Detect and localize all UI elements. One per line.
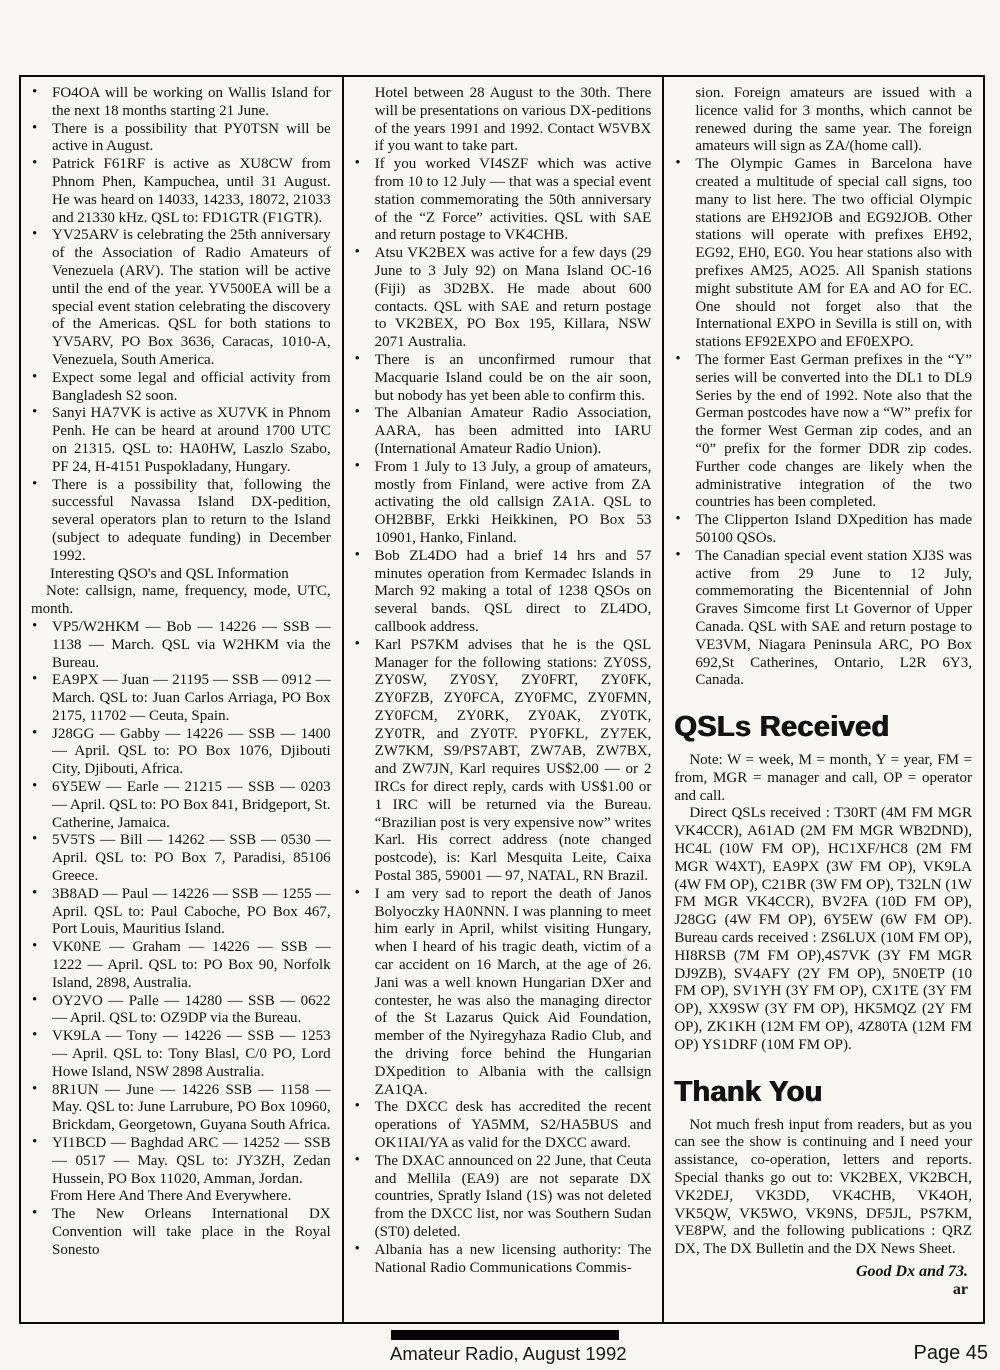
bullet-icon: • [32,938,37,956]
bullet-icon: • [32,992,37,1010]
bullet-icon: • [355,1098,360,1116]
bullet-text: FO4OA will be working on Wallis Island f… [52,85,331,119]
text-block: Note: W = week, M = month, Y = year, FM … [674,752,972,805]
bullet-text: J28GG — Gabby — 14226 — SSB — 1400 — Apr… [52,726,331,778]
bullet-text: The DXAC announced on 22 June, that Ceut… [375,1153,652,1240]
bullet-text: There is a possibility that PY0TSN will … [52,121,331,155]
bullet-item: •There is a possibility that PY0TSN will… [31,121,331,157]
bullet-icon: • [32,618,37,636]
bullet-icon: • [355,547,360,565]
section-heading: Thank You [674,1076,972,1108]
bullet-text: If you worked VI4SZF which was active fr… [375,156,652,243]
bullet-text: 3B8AD — Paul — 14226 — SSB — 1255 — Apri… [52,886,331,938]
bullet-icon: • [675,547,680,565]
column-3: sion. Foreign amateurs are issued with a… [662,77,983,1322]
bullet-text: Bob ZL4DO had a brief 14 hrs and 57 minu… [375,548,652,635]
bullet-text: The Albanian Amateur Radio Association, … [375,405,652,457]
text-block: Interesting QSO's and QSL Information [31,566,331,584]
bullet-item: •The Albanian Amateur Radio Association,… [354,405,652,458]
bullet-icon: • [32,404,37,422]
bullet-text: The Canadian special event station XJ3S … [695,548,972,689]
bullet-icon: • [32,831,37,849]
bullet-text: The Clipperton Island DXpedition has mad… [695,512,972,546]
bullet-item: •8R1UN — June — 14226 SSB — 1158 — May. … [31,1082,331,1135]
bullet-text: The former East German prefixes in the “… [695,352,972,510]
bullet-text: Patrick F61RF is active as XU8CW from Ph… [52,156,331,225]
bullet-item: •I am very sad to report the death of Ja… [354,886,652,1100]
bullet-icon: • [32,1205,37,1223]
bullet-item: •3B8AD — Paul — 14226 — SSB — 1255 — Apr… [31,886,331,939]
bullet-item: •YV25ARV is celebrating the 25th anniver… [31,227,331,369]
bullet-item: •The former East German prefixes in the … [674,352,972,512]
journal-title: Amateur Radio, August 1992 [390,1343,620,1365]
bullet-icon: • [355,636,360,654]
page-footer: Amateur Radio, August 1992 Page 45 [0,1328,1000,1370]
bullet-icon: • [675,351,680,369]
bullet-item: •The New Orleans International DX Conven… [31,1206,331,1259]
bullet-text: From 1 July to 13 July, a group of amate… [375,459,652,546]
bullet-icon: • [355,1152,360,1170]
bullet-icon: • [32,476,37,494]
bullet-item: •5V5TS — Bill — 14262 — SSB — 0530 — Apr… [31,832,331,885]
bullet-text: YV25ARV is celebrating the 25th annivers… [52,227,331,368]
article-body: •FO4OA will be working on Wallis Island … [19,75,985,1324]
bullet-item: •Bob ZL4DO had a brief 14 hrs and 57 min… [354,548,652,637]
bullet-item: •FO4OA will be working on Wallis Island … [31,85,331,121]
bullet-item: •The Clipperton Island DXpedition has ma… [674,512,972,548]
column-1: •FO4OA will be working on Wallis Island … [21,77,342,1322]
bullet-icon: • [355,1241,360,1259]
bullet-item: •YI1BCD — Baghdad ARC — 14252 — SSB — 05… [31,1135,331,1188]
bullet-text: OY2VO — Palle — 14280 — SSB — 0622 — Apr… [52,993,331,1027]
bullet-item: •EA9PX — Juan — 21195 — SSB — 0912 — Mar… [31,672,331,725]
bullet-icon: • [355,351,360,369]
bullet-item: •J28GG — Gabby — 14226 — SSB — 1400 — Ap… [31,726,331,779]
bullet-icon: • [32,120,37,138]
bullet-item: •The Canadian special event station XJ3S… [674,548,972,690]
footer-center: Amateur Radio, August 1992 [390,1330,620,1365]
bullet-item: •OY2VO — Palle — 14280 — SSB — 0622 — Ap… [31,993,331,1029]
bullet-icon: • [32,885,37,903]
bullet-item: •If you worked VI4SZF which was active f… [354,156,652,245]
bullet-text: VP5/W2HKM — Bob — 14226 — SSB — 1138 — M… [52,619,331,671]
bullet-icon: • [355,885,360,903]
text-block: Not much fresh input from readers, but a… [674,1117,972,1259]
page-number: Page 45 [913,1342,988,1365]
text-block: Note: callsign, name, frequency, mode, U… [31,583,331,619]
bullet-item: •There is a possibility that, following … [31,477,331,566]
bullet-icon: • [32,725,37,743]
bullet-icon: • [32,1027,37,1045]
text-block: Good Dx and 73. [674,1263,972,1281]
text-block: Direct QSLs received : T30RT (4M FM MGR … [674,805,972,1054]
bullet-text: There is an unconfirmed rumour that Macq… [375,352,652,404]
bullet-icon: • [355,155,360,173]
bullet-item: •Patrick F61RF is active as XU8CW from P… [31,156,331,227]
bullet-text: VK0NE — Graham — 14226 — SSB — 1222 — Ap… [52,939,331,991]
column-2: Hotel between 28 August to the 30th. The… [342,77,663,1322]
bullet-icon: • [32,1134,37,1152]
bullet-item: •Expect some legal and official activity… [31,370,331,406]
bullet-icon: • [32,671,37,689]
bullet-text: EA9PX — Juan — 21195 — SSB — 0912 — Marc… [52,672,331,724]
bullet-text: 6Y5EW — Earle — 21215 — SSB — 0203 — Apr… [52,779,331,831]
bullet-icon: • [32,84,37,102]
bullet-item: •6Y5EW — Earle — 21215 — SSB — 0203 — Ap… [31,779,331,832]
bullet-text: Atsu VK2BEX was active for a few days (2… [375,245,652,350]
bullet-icon: • [32,226,37,244]
magazine-page: •FO4OA will be working on Wallis Island … [0,0,1000,1370]
bullet-item: •From 1 July to 13 July, a group of amat… [354,459,652,548]
bullet-text: The New Orleans International DX Convent… [52,1206,331,1258]
bullet-text: There is a possibility that, following t… [52,477,331,564]
bullet-item: •VK9LA — Tony — 14226 — SSB — 1253 — Apr… [31,1028,331,1081]
bullet-text: Sanyi HA7VK is active as XU7VK in Phnom … [52,405,331,474]
bullet-item: •There is an unconfirmed rumour that Mac… [354,352,652,405]
bullet-text: Karl PS7KM advises that he is the QSL Ma… [375,637,652,884]
text-block: ar [674,1281,972,1299]
bullet-icon: • [355,458,360,476]
bullet-text: The DXCC desk has accredited the recent … [375,1099,652,1151]
bullet-text: VK9LA — Tony — 14226 — SSB — 1253 — Apri… [52,1028,331,1080]
bullet-item: •Atsu VK2BEX was active for a few days (… [354,245,652,352]
bullet-text: Albania has a new licensing authority: T… [375,1242,652,1276]
text-block: sion. Foreign amateurs are issued with a… [674,85,972,156]
text-block: Hotel between 28 August to the 30th. The… [354,85,652,156]
bullet-text: 5V5TS — Bill — 14262 — SSB — 0530 — Apri… [52,832,331,884]
bullet-icon: • [32,155,37,173]
bullet-icon: • [675,155,680,173]
bullet-icon: • [32,778,37,796]
bullet-item: •The DXCC desk has accredited the recent… [354,1099,652,1152]
section-heading: QSLs Received [674,711,972,743]
text-block: From Here And There And Everywhere. [31,1188,331,1206]
bullet-text: I am very sad to report the death of Jan… [375,886,652,1098]
bullet-icon: • [675,511,680,529]
bullet-item: •The DXAC announced on 22 June, that Ceu… [354,1153,652,1242]
bullet-item: •The Olympic Games in Barcelona have cre… [674,156,972,352]
bullet-text: The Olympic Games in Barcelona have crea… [695,156,972,350]
bullet-icon: • [32,369,37,387]
bullet-icon: • [32,1081,37,1099]
footer-rule [391,1330,619,1340]
bullet-text: Expect some legal and official activity … [52,370,331,404]
bullet-icon: • [355,244,360,262]
bullet-item: •VP5/W2HKM — Bob — 14226 — SSB — 1138 — … [31,619,331,672]
bullet-item: •Albania has a new licensing authority: … [354,1242,652,1278]
bullet-item: •VK0NE — Graham — 14226 — SSB — 1222 — A… [31,939,331,992]
bullet-icon: • [355,404,360,422]
bullet-text: YI1BCD — Baghdad ARC — 14252 — SSB — 051… [52,1135,331,1187]
bullet-item: •Sanyi HA7VK is active as XU7VK in Phnom… [31,405,331,476]
bullet-item: •Karl PS7KM advises that he is the QSL M… [354,637,652,886]
bullet-text: 8R1UN — June — 14226 SSB — 1158 — May. Q… [52,1082,331,1134]
